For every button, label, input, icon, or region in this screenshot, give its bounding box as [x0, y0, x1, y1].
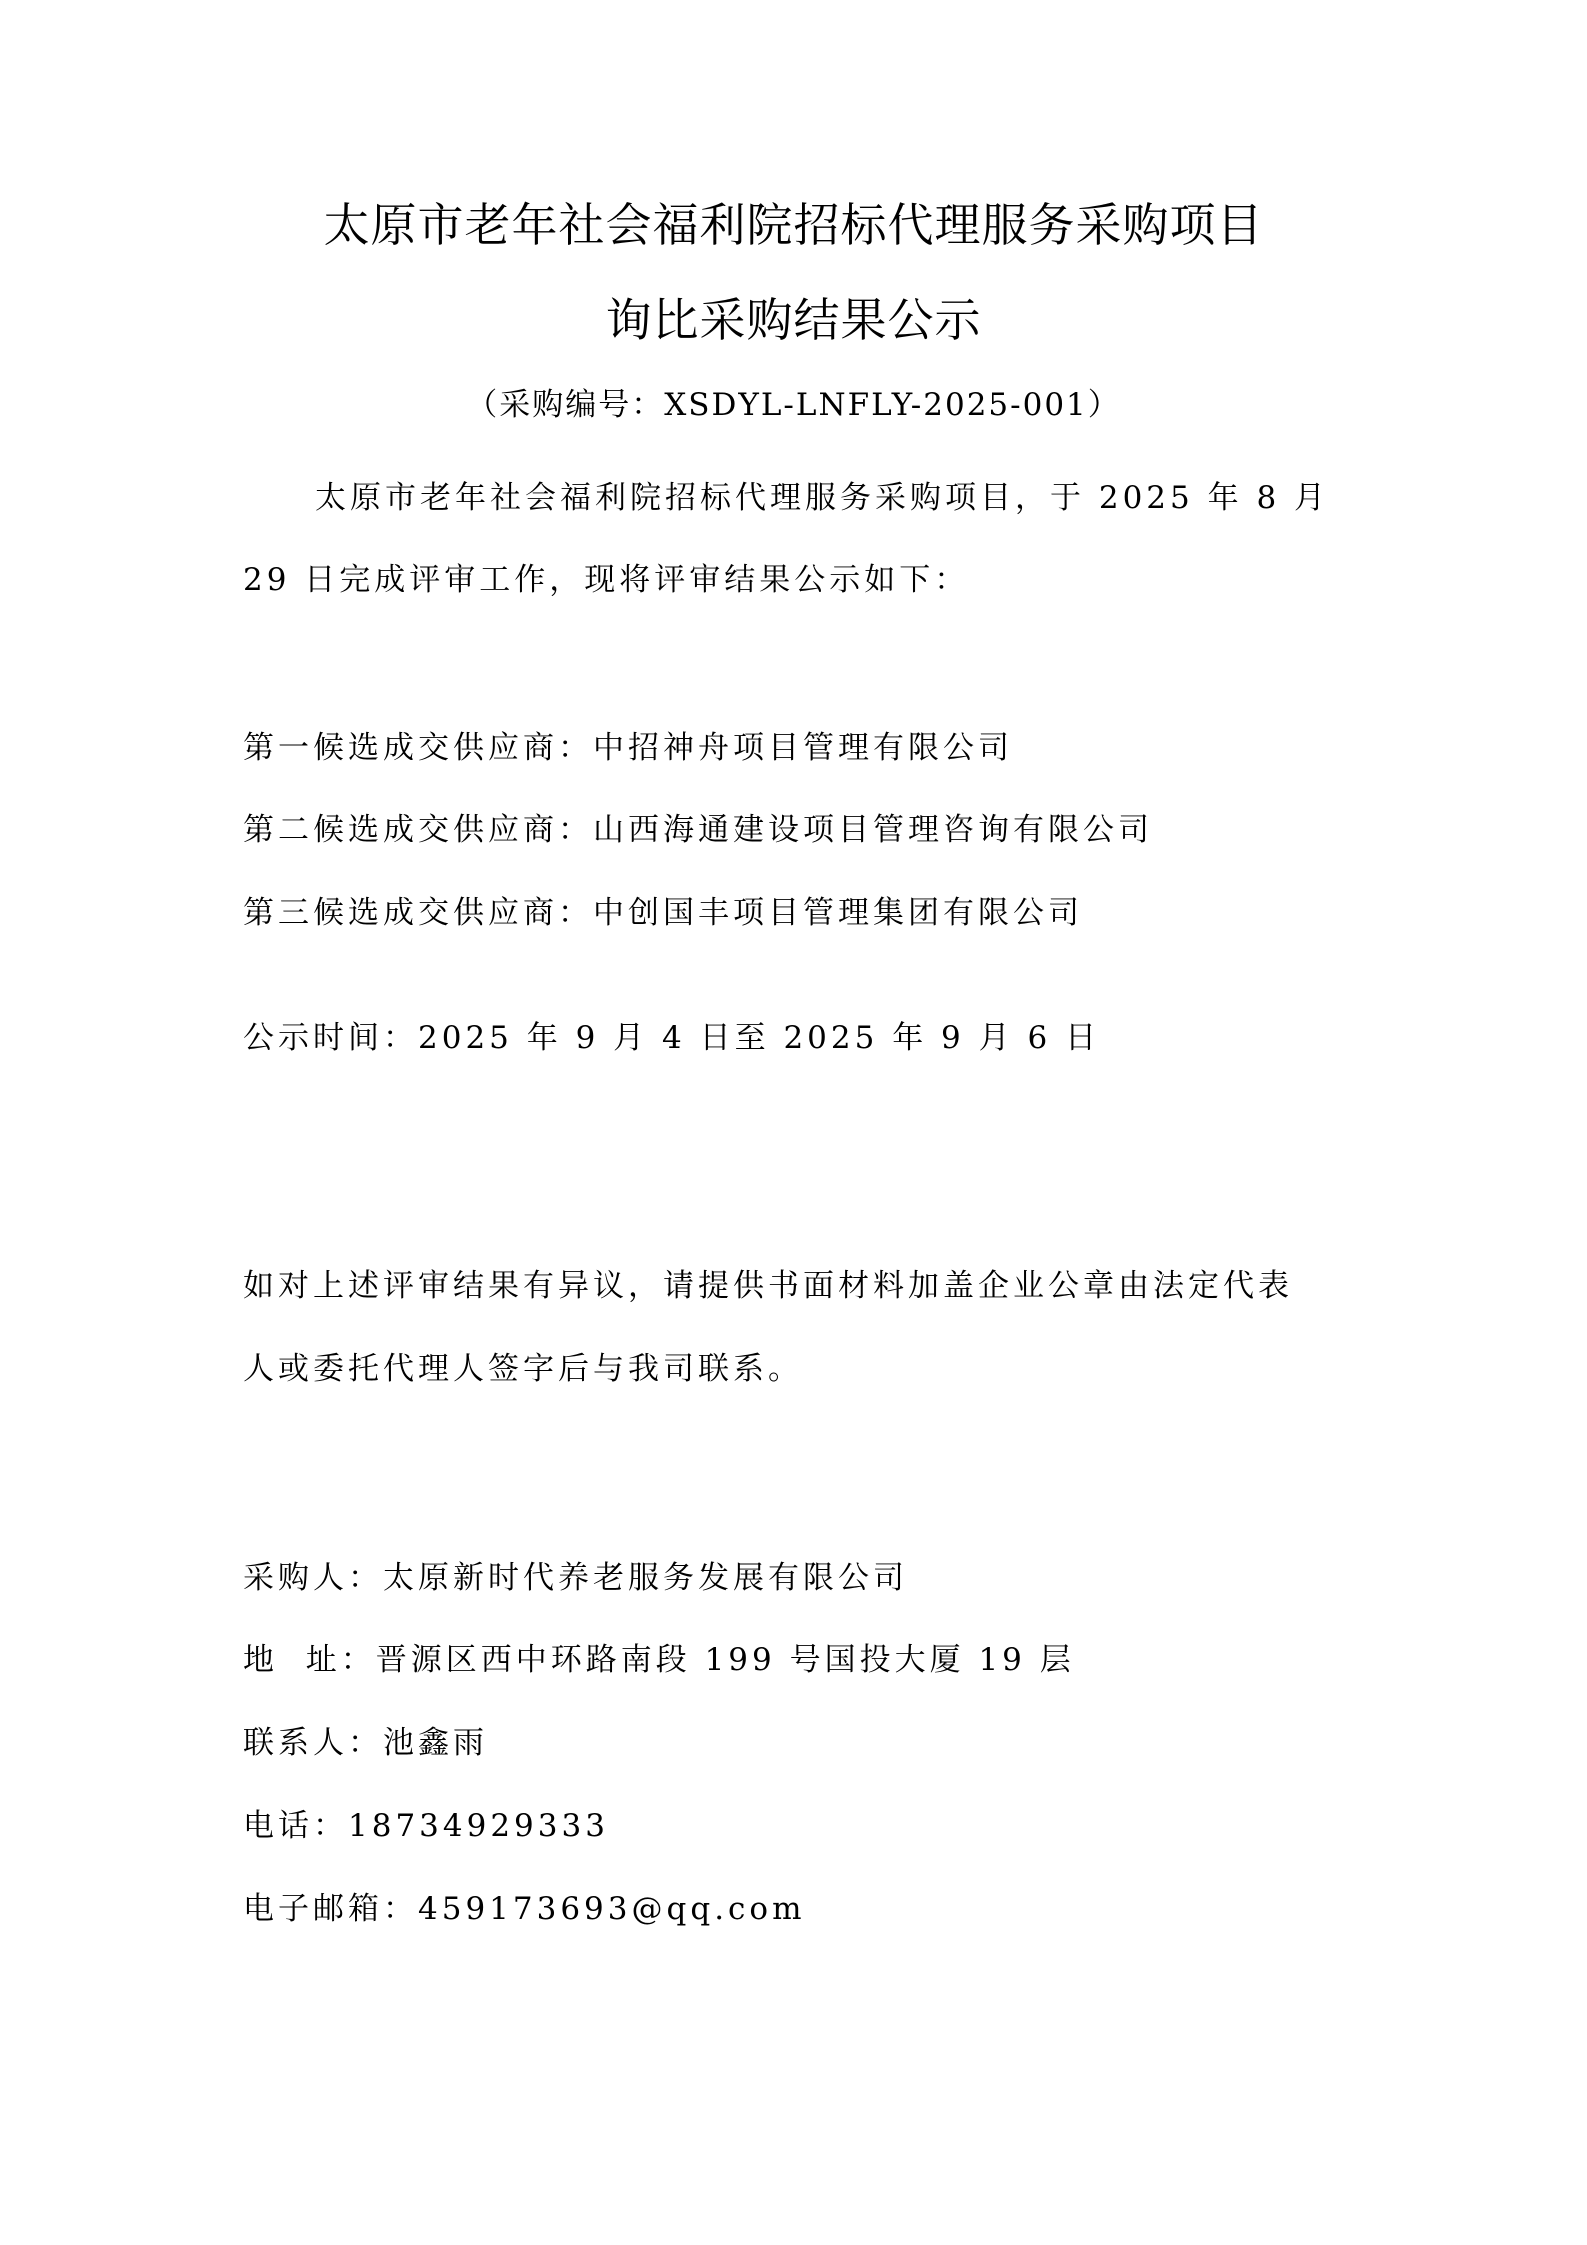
intro-paragraph-line-1: 太原市老年社会福利院招标代理服务采购项目，于 2025 年 8 月	[315, 478, 1329, 518]
purchaser-value: 太原新时代养老服务发展有限公司	[383, 1560, 908, 1596]
objection-notice-line-1: 如对上述评审结果有异议，请提供书面材料加盖企业公章由法定代表	[243, 1266, 1293, 1306]
phone-row: 电话：18734929333	[243, 1806, 609, 1846]
candidate-label: 第一候选成交供应商：	[243, 730, 593, 766]
email-row: 电子邮箱：459173693@qq.com	[243, 1889, 805, 1929]
candidate-2: 第二候选成交供应商：山西海通建设项目管理咨询有限公司	[243, 810, 1153, 850]
email-value: 459173693@qq.com	[418, 1891, 805, 1927]
address-label: 地 址：	[243, 1642, 376, 1678]
phone-label: 电话：	[243, 1808, 348, 1844]
email-label: 电子邮箱：	[243, 1891, 418, 1927]
procurement-number: （采购编号：XSDYL-LNFLY-2025-001）	[0, 385, 1587, 425]
document-page: 太原市老年社会福利院招标代理服务采购项目 询比采购结果公示 （采购编号：XSDY…	[0, 0, 1587, 2245]
address-value: 晋源区西中环路南段 199 号国投大厦 19 层	[376, 1642, 1075, 1678]
purchaser-label: 采购人：	[243, 1560, 383, 1596]
candidate-label: 第三候选成交供应商：	[243, 895, 593, 931]
publicity-period: 公示时间：2025 年 9 月 4 日至 2025 年 9 月 6 日	[243, 1018, 1100, 1058]
candidate-name: 山西海通建设项目管理咨询有限公司	[593, 812, 1153, 848]
address-row: 地 址：晋源区西中环路南段 199 号国投大厦 19 层	[243, 1640, 1075, 1680]
candidate-3: 第三候选成交供应商：中创国丰项目管理集团有限公司	[243, 893, 1083, 933]
document-title: 太原市老年社会福利院招标代理服务采购项目	[0, 195, 1587, 255]
phone-value: 18734929333	[348, 1808, 609, 1844]
purchaser-row: 采购人：太原新时代养老服务发展有限公司	[243, 1558, 908, 1598]
intro-paragraph-line-2: 29 日完成评审工作，现将评审结果公示如下：	[243, 560, 969, 600]
document-subtitle: 询比采购结果公示	[0, 290, 1587, 350]
candidate-1: 第一候选成交供应商：中招神舟项目管理有限公司	[243, 728, 1013, 768]
objection-notice-line-2: 人或委托代理人签字后与我司联系。	[243, 1349, 803, 1389]
candidate-name: 中创国丰项目管理集团有限公司	[593, 895, 1083, 931]
candidate-name: 中招神舟项目管理有限公司	[593, 730, 1013, 766]
candidate-label: 第二候选成交供应商：	[243, 812, 593, 848]
contact-person-value: 池鑫雨	[383, 1725, 488, 1761]
contact-person-row: 联系人：池鑫雨	[243, 1723, 488, 1763]
contact-person-label: 联系人：	[243, 1725, 383, 1761]
